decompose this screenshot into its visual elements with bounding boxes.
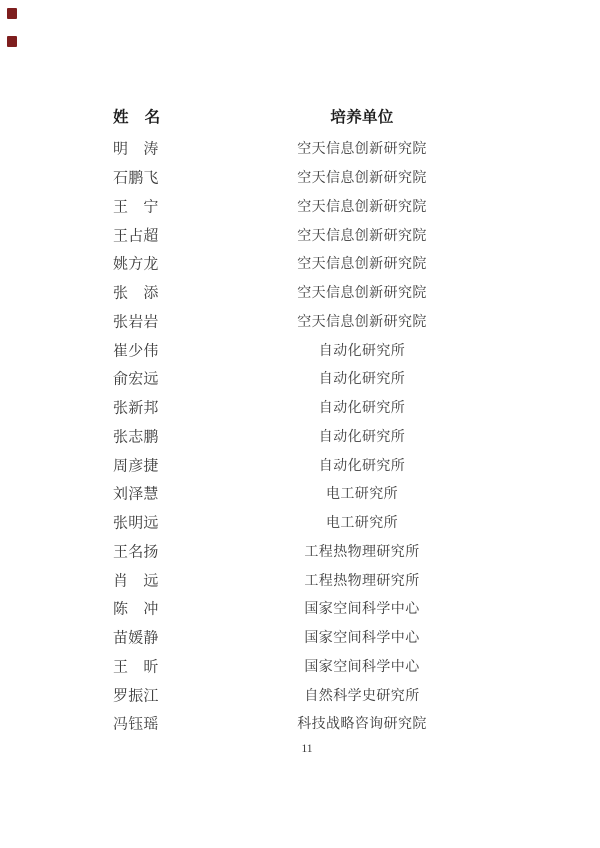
table-row: 王 宁 空天信息创新研究院 [0, 192, 600, 221]
table-row: 罗振江 自然科学史研究所 [0, 680, 600, 709]
student-name: 冯钰瑶 [113, 713, 159, 734]
training-unit: 空天信息创新研究院 [200, 196, 524, 216]
training-unit: 空天信息创新研究院 [200, 225, 524, 245]
training-unit: 自动化研究所 [200, 368, 524, 388]
document-page: 姓 名 培养单位 明 涛 空天信息创新研究院 石鹏飞 空天信息创新研究院 王 宁… [0, 0, 600, 848]
training-unit: 空天信息创新研究院 [200, 167, 524, 187]
table-row: 刘泽慧 电工研究所 [0, 479, 600, 508]
training-unit: 国家空间科学中心 [200, 627, 524, 647]
training-unit: 科技战略咨询研究院 [200, 713, 524, 733]
student-name: 明 涛 [113, 138, 159, 159]
table-row: 张岩岩 空天信息创新研究院 [0, 307, 600, 336]
training-unit: 电工研究所 [200, 483, 524, 503]
student-name: 罗振江 [113, 684, 159, 705]
student-name: 王名扬 [113, 540, 159, 561]
student-name: 张 添 [113, 282, 159, 303]
roster-table: 姓 名 培养单位 明 涛 空天信息创新研究院 石鹏飞 空天信息创新研究院 王 宁… [0, 98, 600, 738]
table-row: 周彦捷 自动化研究所 [0, 450, 600, 479]
training-unit: 自动化研究所 [200, 426, 524, 446]
training-unit: 工程热物理研究所 [200, 570, 524, 590]
table-row: 张志鹏 自动化研究所 [0, 422, 600, 451]
table-row: 张明远 电工研究所 [0, 508, 600, 537]
training-unit: 空天信息创新研究院 [200, 311, 524, 331]
training-unit: 国家空间科学中心 [200, 656, 524, 676]
table-row: 冯钰瑶 科技战略咨询研究院 [0, 709, 600, 738]
training-unit: 空天信息创新研究院 [200, 282, 524, 302]
table-row: 苗媛静 国家空间科学中心 [0, 623, 600, 652]
student-name: 张志鹏 [113, 425, 159, 446]
training-unit: 自然科学史研究所 [200, 685, 524, 705]
table-row: 石鹏飞 空天信息创新研究院 [0, 163, 600, 192]
student-name: 苗媛静 [113, 627, 159, 648]
table-row: 王 昕 国家空间科学中心 [0, 652, 600, 681]
training-unit: 自动化研究所 [200, 340, 524, 360]
student-name: 崔少伟 [113, 339, 159, 360]
table-row: 明 涛 空天信息创新研究院 [0, 134, 600, 163]
student-name: 俞宏远 [113, 368, 159, 389]
roster-table-body: 明 涛 空天信息创新研究院 石鹏飞 空天信息创新研究院 王 宁 空天信息创新研究… [0, 134, 600, 738]
student-name: 王 宁 [113, 195, 159, 216]
student-name: 张新邦 [113, 397, 159, 418]
table-row: 崔少伟 自动化研究所 [0, 335, 600, 364]
table-row: 肖 远 工程热物理研究所 [0, 565, 600, 594]
training-unit: 电工研究所 [200, 512, 524, 532]
student-name: 张岩岩 [113, 310, 159, 331]
student-name: 刘泽慧 [113, 483, 159, 504]
red-corner-mark [7, 36, 17, 47]
training-unit: 国家空间科学中心 [200, 598, 524, 618]
training-unit: 自动化研究所 [200, 455, 524, 475]
table-row: 王名扬 工程热物理研究所 [0, 537, 600, 566]
red-corner-mark [7, 8, 17, 19]
student-name: 陈 冲 [113, 598, 159, 619]
table-row: 姚方龙 空天信息创新研究院 [0, 249, 600, 278]
student-name: 肖 远 [113, 569, 159, 590]
student-name: 王占超 [113, 224, 159, 245]
table-row: 俞宏远 自动化研究所 [0, 364, 600, 393]
student-name: 周彦捷 [113, 454, 159, 475]
training-unit: 空天信息创新研究院 [200, 253, 524, 273]
table-row: 陈 冲 国家空间科学中心 [0, 594, 600, 623]
column-header-name: 姓 名 [113, 105, 160, 127]
table-row: 张新邦 自动化研究所 [0, 393, 600, 422]
training-unit: 空天信息创新研究院 [200, 138, 524, 158]
student-name: 张明远 [113, 512, 159, 533]
training-unit: 工程热物理研究所 [200, 541, 524, 561]
table-row: 张 添 空天信息创新研究院 [0, 278, 600, 307]
student-name: 姚方龙 [113, 253, 159, 274]
student-name: 石鹏飞 [113, 167, 159, 188]
table-row: 王占超 空天信息创新研究院 [0, 220, 600, 249]
page-number: 11 [0, 743, 600, 755]
training-unit: 自动化研究所 [200, 397, 524, 417]
student-name: 王 昕 [113, 655, 159, 676]
roster-header-row: 姓 名 培养单位 [0, 98, 600, 134]
column-header-unit: 培养单位 [200, 105, 524, 127]
